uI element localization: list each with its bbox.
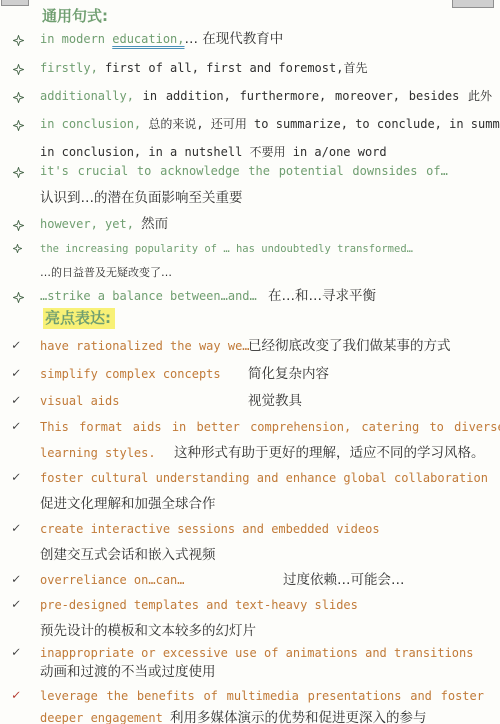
highlight-item-templates: ✓ pre-designed templates and text-heavy … xyxy=(0,597,500,617)
diamond-bullet-icon xyxy=(13,289,33,305)
highlight-item-format-aids-cont: learning styles. 这种形式有助于更好的理解，适应不同的学习风格。 xyxy=(0,445,500,465)
general-item-in-conclusion: in conclusion, 总的来说, 还可用 to summarize, t… xyxy=(0,116,500,136)
highlight-item-overreliance: ✓ overreliance on…can… 过度依赖…可能会… xyxy=(0,572,500,592)
highlight-item-foster-cultural-cont: 促进文化理解和加强全球合作 xyxy=(0,496,500,516)
highlight-item-interactive-sessions: ✓ create interactive sessions and embedd… xyxy=(0,521,500,541)
phrase-en: deeper engagement xyxy=(40,711,170,724)
general-item-popularity-cont: …的日益普及无疑改变了… xyxy=(0,264,500,284)
phrase-en: simplify complex concepts xyxy=(40,367,221,381)
phrase-en: it's crucial to acknowledge the potentia… xyxy=(40,164,448,178)
highlight-section-title-row: 亮点表达: xyxy=(0,310,500,330)
highlight-item-foster-cultural: ✓ foster cultural understanding and enha… xyxy=(0,470,500,490)
phrase-rest: first of all, first and foremost,首先 xyxy=(105,61,367,75)
highlight-item-format-aids: ✓ This format aids in better comprehensi… xyxy=(0,419,500,439)
phrase-en: create interactive sessions and embedded… xyxy=(40,522,380,536)
check-icon: ✓ xyxy=(11,521,33,537)
phrase-zh: 然而 xyxy=(141,216,168,232)
general-item-popularity: the increasing popularity of … has undou… xyxy=(0,241,500,261)
page-edge-artifact-left xyxy=(1,0,29,6)
general-item-however: however, yet, 然而 xyxy=(0,216,500,236)
phrase-en: firstly, xyxy=(40,61,105,75)
phrase-zh: 促进文化理解和加强全球合作 xyxy=(40,496,216,512)
phrase-rest: 总的来说, 还可用 to summarize, to conclude, in … xyxy=(148,117,500,131)
check-icon-red: ✓ xyxy=(11,688,33,704)
phrase-en: leverage the benefits of multimedia pres… xyxy=(40,689,484,703)
phrase-zh: 在…和…寻求平衡 xyxy=(268,288,376,305)
highlight-item-leverage: ✓ leverage the benefits of multimedia pr… xyxy=(0,688,500,708)
phrase-en: foster cultural understanding and enhanc… xyxy=(40,471,488,485)
check-icon: ✓ xyxy=(11,572,33,588)
diamond-bullet-icon xyxy=(13,89,33,105)
highlight-item-templates-cont: 预先设计的模板和文本较多的幻灯片 xyxy=(0,623,500,643)
check-icon: ✓ xyxy=(11,366,33,382)
phrase-rest: in addition, furthermore, moreover, besi… xyxy=(143,89,492,103)
highlight-item-interactive-sessions-cont: 创建交互式会话和嵌入式视频 xyxy=(0,547,500,567)
diamond-bullet-icon xyxy=(13,217,33,233)
phrase-en: however, yet, xyxy=(40,217,141,231)
phrase-en: in modern xyxy=(40,32,112,46)
phrase-zh: 已经彻底改变了我们做某事的方式 xyxy=(248,338,451,355)
check-icon: ✓ xyxy=(11,419,33,435)
page-edge-artifact-right xyxy=(452,0,494,8)
section-title: 通用句式: xyxy=(42,7,108,25)
phrase-en: the increasing popularity of … has undou… xyxy=(40,243,413,255)
general-item-education: in modern education,… 在现代教育中 xyxy=(0,31,500,51)
check-icon: ✓ xyxy=(11,645,33,661)
general-item-crucial: it's crucial to acknowledge the potentia… xyxy=(0,163,500,183)
check-icon: ✓ xyxy=(11,470,33,486)
phrase-zh: 动画和过渡的不当或过度使用 xyxy=(40,664,216,680)
phrase-zh: 过度依赖…可能会… xyxy=(283,572,405,589)
highlight-item-leverage-cont: deeper engagement 利用多媒体演示的优势和促进更深入的参与 xyxy=(0,710,500,724)
phrase-zh: 这种形式有助于更好的理解，适应不同的学习风格。 xyxy=(174,445,485,462)
diamond-bullet-icon xyxy=(13,61,33,77)
phrase-zh: 认识到…的潜在负面影响至关重要 xyxy=(40,190,243,206)
phrase-en: pre-designed templates and text-heavy sl… xyxy=(40,598,358,612)
phrase-en: overreliance on…can… xyxy=(40,573,185,587)
highlight-item-simplify: ✓ simplify complex concepts 简化复杂内容 xyxy=(0,366,500,386)
phrase-cont: in conclusion, in a nutshell 不要用 in a/on… xyxy=(40,145,387,159)
phrase-zh: … 在现代教育中 xyxy=(185,31,284,47)
general-item-in-conclusion-cont: in conclusion, in a nutshell 不要用 in a/on… xyxy=(0,144,500,164)
section-title-highlighted: 亮点表达: xyxy=(43,308,115,329)
general-item-firstly: firstly, first of all, first and foremos… xyxy=(0,60,500,80)
diamond-bullet-icon xyxy=(13,32,33,48)
highlight-item-animations-cont: 动画和过渡的不当或过度使用 xyxy=(0,664,500,684)
phrase-en: This format aids in better comprehension… xyxy=(40,420,500,434)
phrase-en: in conclusion, xyxy=(40,117,148,131)
phrase-en: have rationalized the way we… xyxy=(40,339,250,353)
phrase-zh: 预先设计的模板和文本较多的幻灯片 xyxy=(40,623,256,639)
general-item-balance: …strike a balance between…and… 在…和…寻求平衡 xyxy=(0,288,500,308)
phrase-zh: 创建交互式会话和嵌入式视频 xyxy=(40,547,216,563)
highlight-item-rationalized: ✓ have rationalized the way we… 已经彻底改变了我… xyxy=(0,338,500,358)
check-icon: ✓ xyxy=(11,597,33,613)
phrase-en: additionally, xyxy=(40,89,143,103)
phrase-en: …strike a balance between…and… xyxy=(40,289,257,303)
highlight-item-animations: ✓ inappropriate or excessive use of anim… xyxy=(0,645,500,665)
diamond-bullet-icon xyxy=(13,241,33,257)
general-section-title-row: 通用句式: xyxy=(0,8,500,28)
check-icon: ✓ xyxy=(11,393,33,409)
phrase-zh: …的日益普及无疑改变了… xyxy=(40,266,172,279)
general-item-additionally: additionally, in addition, furthermore, … xyxy=(0,88,500,108)
phrase-en: visual aids xyxy=(40,394,119,408)
diamond-bullet-icon xyxy=(13,164,33,180)
phrase-zh: 视觉教具 xyxy=(248,393,302,410)
general-item-crucial-cont: 认识到…的潜在负面影响至关重要 xyxy=(0,190,500,210)
phrase-en-underlined: education, xyxy=(112,32,184,46)
phrase-zh: 简化复杂内容 xyxy=(248,366,329,383)
highlight-item-visual-aids: ✓ visual aids 视觉教具 xyxy=(0,393,500,413)
phrase-en: learning styles. xyxy=(40,446,156,460)
diamond-bullet-icon xyxy=(13,117,33,133)
phrase-en: inappropriate or excessive use of animat… xyxy=(40,646,473,660)
check-icon: ✓ xyxy=(11,338,33,354)
phrase-zh: 利用多媒体演示的优势和促进更深入的参与 xyxy=(170,710,427,724)
